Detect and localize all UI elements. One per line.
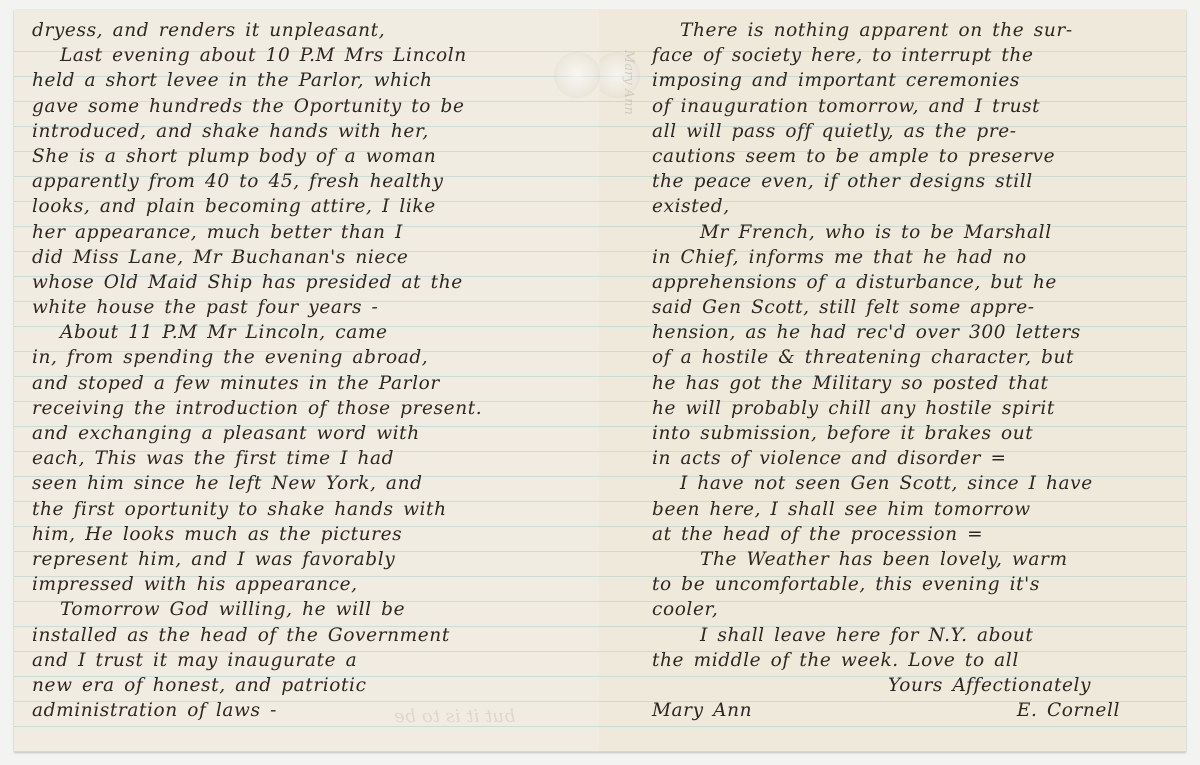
signature: E. Cornell — [1017, 698, 1120, 723]
text-line: of a hostile & threatening character, bu… — [652, 345, 1172, 370]
text-line: the first oportunity to shake hands with — [32, 497, 572, 522]
text-line: hension, as he had rec'd over 300 letter… — [652, 320, 1172, 345]
text-line: and I trust it may inaugurate a — [32, 648, 572, 673]
text-line: been here, I shall see him tomorrow — [652, 497, 1172, 522]
left-page: but it is to be dryess, and renders it u… — [14, 10, 600, 752]
text-line: at the head of the procession = — [652, 522, 1172, 547]
text-line: About 11 P.M Mr Lincoln, came — [32, 320, 572, 345]
text-line: imposing and important ceremonies — [652, 68, 1172, 93]
text-line: installed as the head of the Government — [32, 623, 572, 648]
docket-note: Mary Ann — [620, 50, 636, 115]
text-line: receiving the introduction of those pres… — [32, 396, 572, 421]
text-line: all will pass off quietly, as the pre- — [652, 119, 1172, 144]
text-line: The Weather has been lovely, warm — [652, 547, 1172, 572]
right-page-text: There is nothing apparent on the sur- fa… — [652, 18, 1172, 723]
text-line: impressed with his appearance, — [32, 572, 572, 597]
text-line: in, from spending the evening abroad, — [32, 345, 572, 370]
text-line: in acts of violence and disorder = — [652, 446, 1172, 471]
text-line: new era of honest, and patriotic — [32, 673, 572, 698]
text-line: cautions seem to be ample to preserve — [652, 144, 1172, 169]
text-line: apparently from 40 to 45, fresh healthy — [32, 169, 572, 194]
text-line: Mr French, who is to be Marshall — [652, 220, 1172, 245]
text-line: introduced, and shake hands with her, — [32, 119, 572, 144]
left-page-text: dryess, and renders it unpleasant, Last … — [32, 18, 572, 723]
text-line: Last evening about 10 P.M Mrs Lincoln — [32, 43, 572, 68]
text-line: into submission, before it brakes out — [652, 421, 1172, 446]
text-line: in Chief, informs me that he had no — [652, 245, 1172, 270]
text-line: looks, and plain becoming attire, I like — [32, 194, 572, 219]
text-line: him, He looks much as the pictures — [32, 522, 572, 547]
text-line: existed, — [652, 194, 1172, 219]
text-line: face of society here, to interrupt the — [652, 43, 1172, 68]
text-line: She is a short plump body of a woman — [32, 144, 572, 169]
recipient-name: Mary Ann — [652, 698, 752, 723]
text-line: he will probably chill any hostile spiri… — [652, 396, 1172, 421]
text-line: apprehensions of a disturbance, but he — [652, 270, 1172, 295]
document-viewport: but it is to be dryess, and renders it u… — [0, 0, 1200, 765]
text-line: whose Old Maid Ship has presided at the — [32, 270, 572, 295]
right-page: Mary Ann There is nothing apparent on th… — [600, 10, 1186, 752]
text-line: seen him since he left New York, and — [32, 471, 572, 496]
text-line: and stoped a few minutes in the Parlor — [32, 371, 572, 396]
text-line: the peace even, if other designs still — [652, 169, 1172, 194]
text-line: to be uncomfortable, this evening it's — [652, 572, 1172, 597]
text-line: her appearance, much better than I — [32, 220, 572, 245]
text-line: did Miss Lane, Mr Buchanan's niece — [32, 245, 572, 270]
text-line: and exchanging a pleasant word with — [32, 421, 572, 446]
letter-sheet: but it is to be dryess, and renders it u… — [14, 10, 1186, 752]
text-line: held a short levee in the Parlor, which — [32, 68, 572, 93]
text-line: I shall leave here for N.Y. about — [652, 623, 1172, 648]
text-line: administration of laws - — [32, 698, 572, 723]
text-line: white house the past four years - — [32, 295, 572, 320]
signature-row: Mary Ann E. Cornell — [652, 698, 1172, 723]
text-line: gave some hundreds the Oportunity to be — [32, 94, 572, 119]
text-line: represent him, and I was favorably — [32, 547, 572, 572]
text-line: of inauguration tomorrow, and I trust — [652, 94, 1172, 119]
text-line: I have not seen Gen Scott, since I have — [652, 471, 1172, 496]
text-line: dryess, and renders it unpleasant, — [32, 18, 572, 43]
text-line: cooler, — [652, 597, 1172, 622]
text-line: There is nothing apparent on the sur- — [652, 18, 1172, 43]
letter-closing: Yours Affectionately — [652, 673, 1172, 698]
text-line: the middle of the week. Love to all — [652, 648, 1172, 673]
text-line: Tomorrow God willing, he will be — [32, 597, 572, 622]
text-line: said Gen Scott, still felt some appre- — [652, 295, 1172, 320]
text-line: he has got the Military so posted that — [652, 371, 1172, 396]
text-line: each, This was the first time I had — [32, 446, 572, 471]
